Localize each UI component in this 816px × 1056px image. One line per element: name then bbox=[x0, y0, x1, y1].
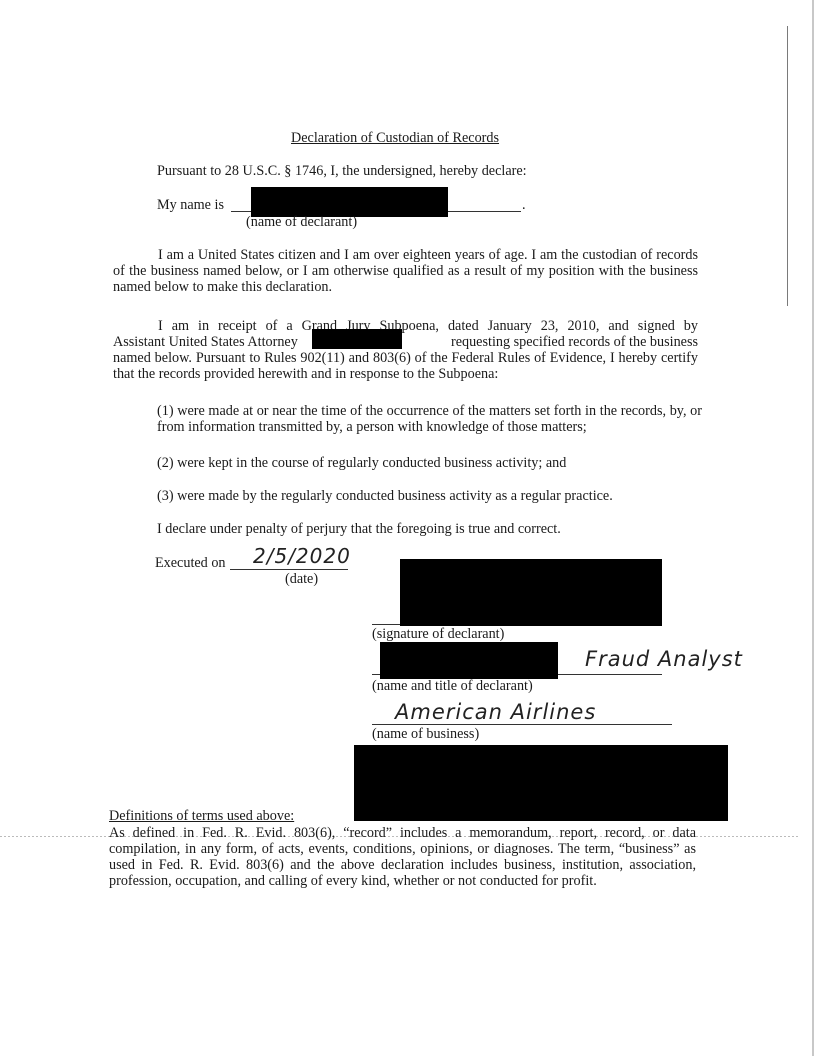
redaction-ausa-name bbox=[312, 329, 402, 349]
item-1: (1) were made at or near the time of the… bbox=[157, 403, 702, 435]
date-line bbox=[230, 569, 348, 570]
paragraph-subpoena-rest: named below. Pursuant to Rules 902(11) a… bbox=[113, 350, 698, 382]
paragraph-citizen: I am a United States citizen and I am ov… bbox=[113, 247, 698, 295]
paragraph-subpoena-line1: I am in receipt of a Grand Jury Subpoena… bbox=[113, 318, 698, 334]
paragraph-subpoena-ausa: Assistant United States Attorney bbox=[113, 334, 298, 350]
name-suffix: . bbox=[522, 197, 526, 213]
business-line bbox=[372, 724, 672, 725]
definitions-heading: Definitions of terms used above: bbox=[109, 808, 294, 824]
handwritten-title: Fraud Analyst bbox=[585, 651, 743, 667]
redaction-signature bbox=[400, 559, 662, 626]
item-3: (3) were made by the regularly conducted… bbox=[157, 488, 613, 504]
paragraph-subpoena-request: requesting specified records of the busi… bbox=[409, 334, 698, 350]
redaction-declarant-name bbox=[251, 187, 448, 217]
definitions-text: As defined in Fed. R. Evid. 803(6), “rec… bbox=[109, 825, 696, 889]
name-caption: (name of declarant) bbox=[246, 214, 357, 230]
page-edge-line bbox=[787, 26, 788, 306]
executed-label: Executed on bbox=[155, 555, 226, 571]
page-right-edge bbox=[812, 0, 814, 1056]
name-prefix: My name is bbox=[157, 197, 224, 213]
redaction-address bbox=[354, 745, 728, 821]
perjury-statement: I declare under penalty of perjury that … bbox=[157, 521, 561, 537]
redaction-declarant-name-title bbox=[380, 642, 558, 679]
page-title: Declaration of Custodian of Records bbox=[291, 130, 499, 146]
intro-text: Pursuant to 28 U.S.C. § 1746, I, the und… bbox=[157, 163, 527, 179]
name-title-caption: (name and title of declarant) bbox=[372, 678, 533, 694]
signature-caption: (signature of declarant) bbox=[372, 626, 504, 642]
date-caption: (date) bbox=[285, 571, 318, 587]
handwritten-date: 2/5/2020 bbox=[253, 548, 351, 564]
item-2: (2) were kept in the course of regularly… bbox=[157, 455, 566, 471]
business-caption: (name of business) bbox=[372, 726, 479, 742]
handwritten-business: American Airlines bbox=[395, 704, 596, 720]
